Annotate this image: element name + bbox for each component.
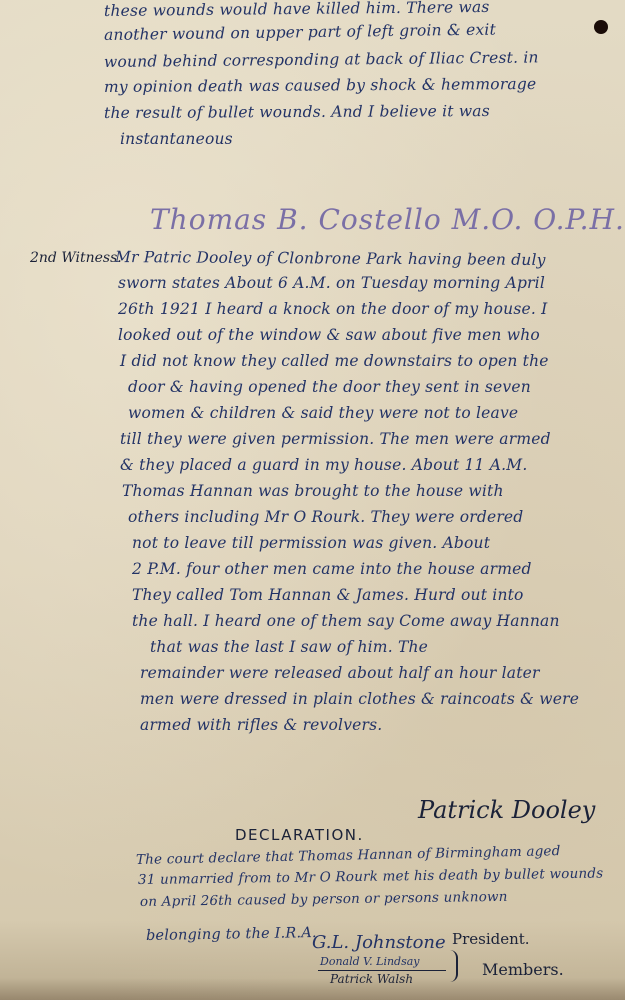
statement-line: another wound on upper part of left groi… [104, 21, 496, 44]
witness-line: men were dressed in plain clothes & rain… [140, 690, 579, 708]
witness-line: not to leave till permission was given. … [132, 534, 490, 552]
witness-line: that was the last I saw of him. The [150, 638, 428, 656]
document-page: these wounds would have killed him. Ther… [0, 0, 625, 1000]
statement-line: wound behind corresponding at back of Il… [104, 48, 539, 71]
witness-margin-label: 2nd Witness. [30, 250, 122, 266]
doctor-signature: Thomas B. Costello M.O. O.P.H. [150, 203, 625, 236]
witness-line: Mr Patric Dooley of Clonbrone Park havin… [115, 248, 546, 269]
signature-underline [318, 970, 446, 971]
witness-line: others including Mr O Rourk. They were o… [128, 508, 523, 526]
declaration-line: belonging to the I.R.A. [146, 925, 317, 944]
members-label: Members. [482, 960, 564, 979]
punch-hole [594, 20, 608, 34]
witness-line: remainder were released about half an ho… [140, 664, 540, 682]
declaration-line: The court declare that Thomas Hannan of … [136, 843, 561, 868]
witness-signature: Patrick Dooley [418, 796, 595, 824]
witness-line: They called Tom Hannan & James. Hurd out… [132, 586, 524, 604]
page-edge-shadow [0, 978, 625, 1000]
witness-line: & they placed a guard in my house. About… [120, 456, 527, 474]
witness-line: I did not know they called me downstairs… [120, 352, 549, 370]
witness-line: door & having opened the door they sent … [128, 378, 531, 396]
declaration-heading: DECLARATION. [235, 826, 364, 844]
president-signature: G.L. Johnstone [312, 932, 446, 953]
witness-line: looked out of the window & saw about fiv… [118, 326, 540, 344]
witness-line: the hall. I heard one of them say Come a… [132, 612, 560, 630]
witness-line: 2 P.M. four other men came into the hous… [132, 560, 532, 578]
witness-line: women & children & said they were not to… [128, 404, 518, 422]
declaration-line: 31 unmarried from to Mr O Rourk met his … [138, 866, 604, 888]
witness-line: armed with rifles & revolvers. [140, 716, 382, 734]
statement-line: these wounds would have killed him. Ther… [104, 0, 490, 20]
president-label: President. [452, 930, 530, 948]
statement-line: instantaneous [120, 130, 233, 148]
member-signature: Donald V. Lindsay [320, 955, 420, 968]
witness-line: sworn states About 6 A.M. on Tuesday mor… [118, 274, 545, 292]
witness-line: 26th 1921 I heard a knock on the door of… [118, 300, 547, 318]
declaration-line: on April 26th caused by person or person… [140, 889, 508, 910]
statement-line: the result of bullet wounds. And I belie… [104, 102, 490, 122]
statement-line: my opinion death was caused by shock & h… [104, 75, 536, 96]
witness-line: till they were given permission. The men… [120, 430, 551, 448]
witness-line: Thomas Hannan was brought to the house w… [122, 482, 504, 500]
